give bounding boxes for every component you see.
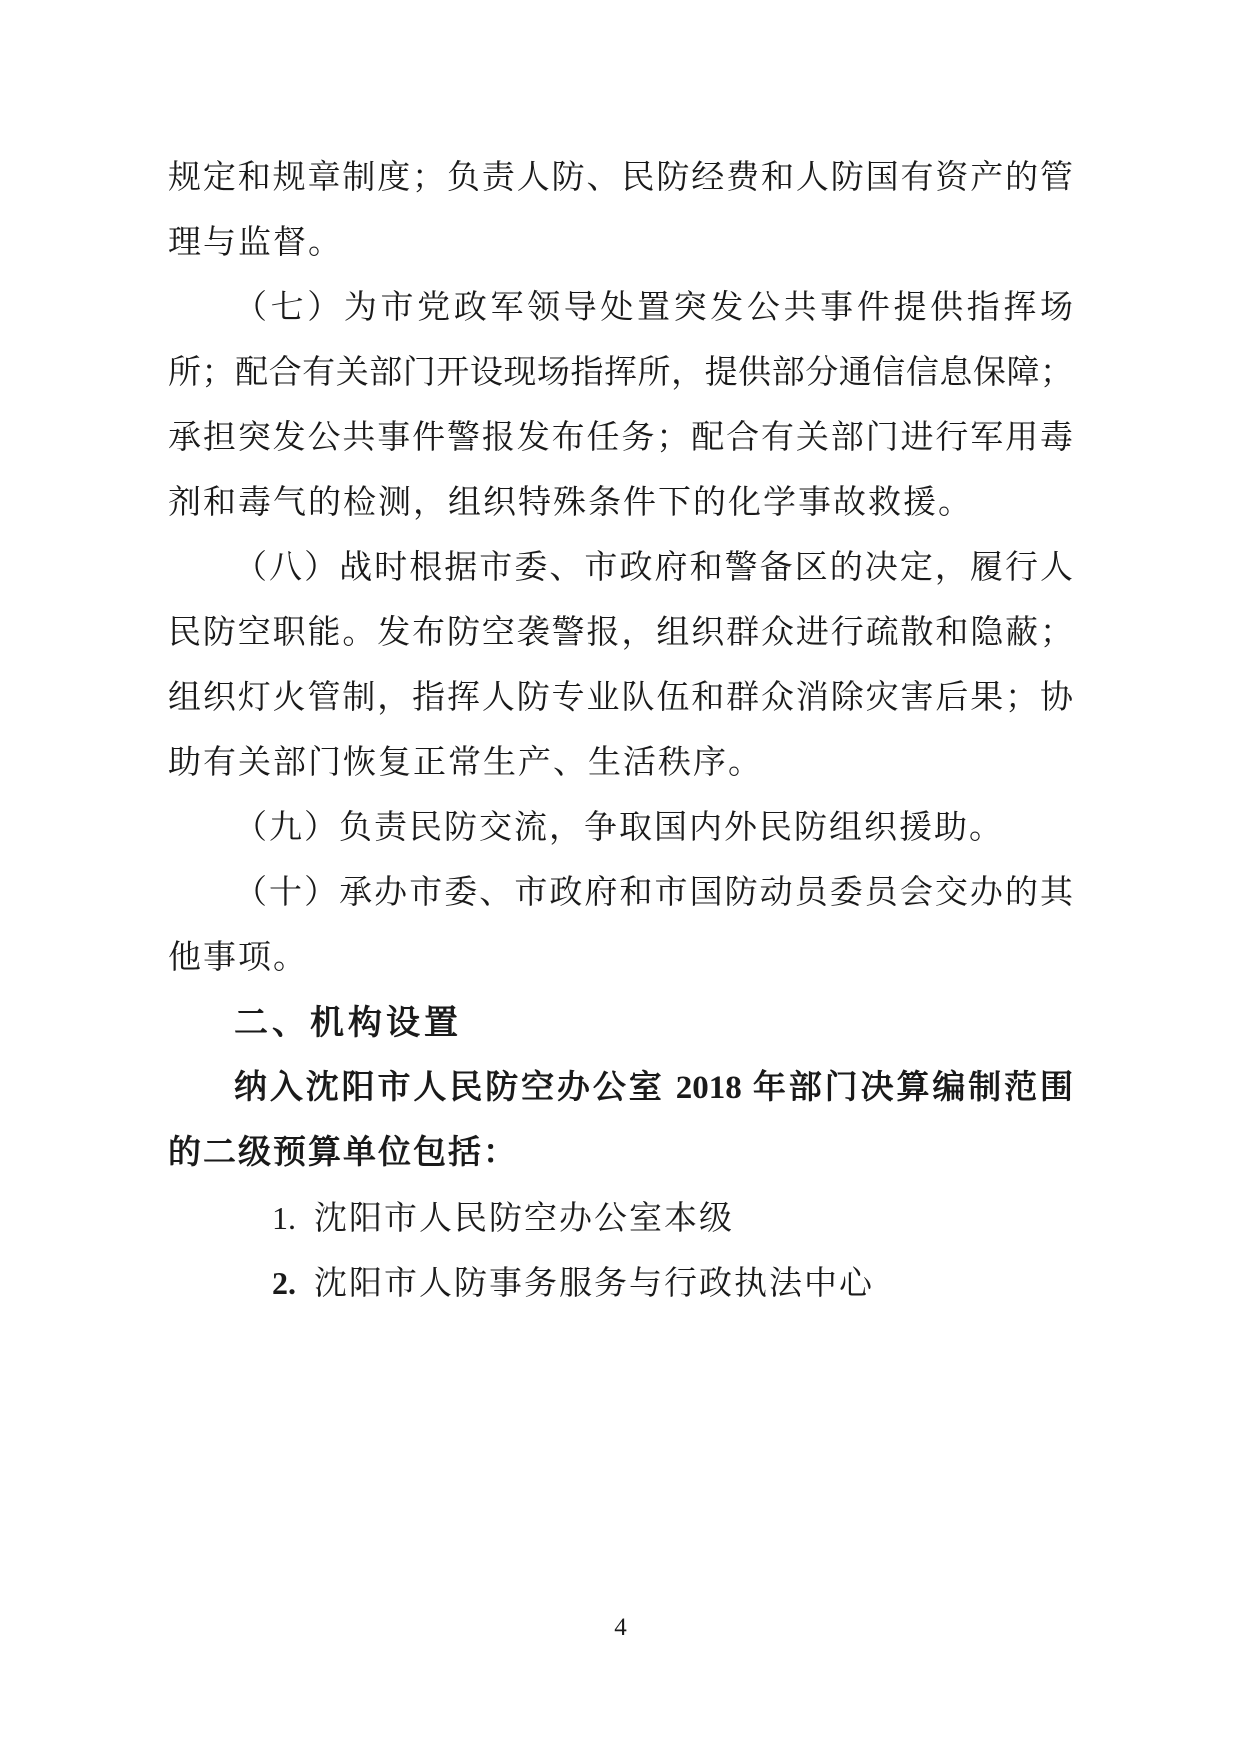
text-line: 所；配合有关部门开设现场指挥所，提供部分通信信息保障； <box>168 341 1073 406</box>
text-line: 剂和毒气的检测，组织特殊条件下的化学事故救援。 <box>168 471 1073 536</box>
text-line: （八）战时根据市委、市政府和警备区的决定，履行人 <box>168 536 1073 601</box>
list-item-number: 1. <box>272 1186 300 1251</box>
text-line: 的二级预算单位包括： <box>168 1121 1073 1186</box>
list-item-label: 沈阳市人民防空办公室本级 <box>314 1201 734 1237</box>
list-item-label: 沈阳市人防事务服务与行政执法中心 <box>314 1266 874 1302</box>
text-line: 民防空职能。发布防空袭警报，组织群众进行疏散和隐蔽； <box>168 601 1073 666</box>
text-line: 组织灯火管制，指挥人防专业队伍和群众消除灾害后果；协 <box>168 666 1073 731</box>
text-line: （十）承办市委、市政府和市国防动员委员会交办的其 <box>168 861 1073 926</box>
list-item: 1.沈阳市人民防空办公室本级 <box>168 1186 1073 1251</box>
text-line: 承担突发公共事件警报发布任务；配合有关部门进行军用毒 <box>168 406 1073 471</box>
text-line: （七）为市党政军领导处置突发公共事件提供指挥场 <box>168 276 1073 341</box>
document-body: 规定和规章制度；负责人防、民防经费和人防国有资产的管 理与监督。 （七）为市党政… <box>168 146 1073 1316</box>
list-item-number: 2. <box>272 1251 300 1316</box>
text-line: 助有关部门恢复正常生产、生活秩序。 <box>168 731 1073 796</box>
text-line: 纳入沈阳市人民防空办公室 2018 年部门决算编制范围 <box>168 1056 1073 1121</box>
page-number: 4 <box>0 1608 1241 1648</box>
text-line: 理与监督。 <box>168 211 1073 276</box>
section-heading: 二、机构设置 <box>168 991 1073 1056</box>
text-line: 规定和规章制度；负责人防、民防经费和人防国有资产的管 <box>168 146 1073 211</box>
document-page: 规定和规章制度；负责人防、民防经费和人防国有资产的管 理与监督。 （七）为市党政… <box>0 0 1241 1754</box>
text-line: 他事项。 <box>168 926 1073 991</box>
text-line: （九）负责民防交流，争取国内外民防组织援助。 <box>168 796 1073 861</box>
list-item: 2.沈阳市人防事务服务与行政执法中心 <box>168 1251 1073 1316</box>
